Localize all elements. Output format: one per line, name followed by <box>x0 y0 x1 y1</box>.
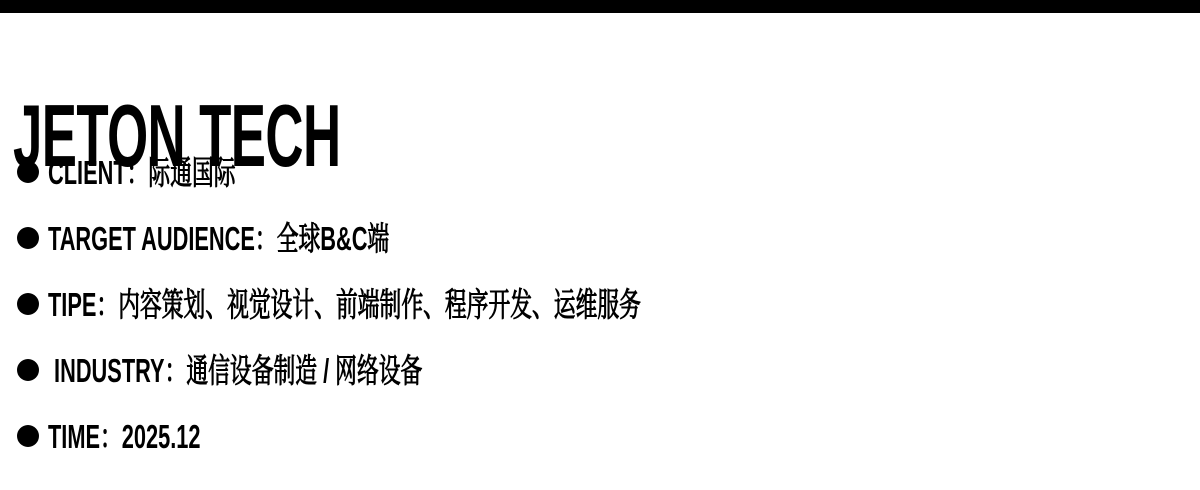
bullet-icon <box>17 359 39 381</box>
project-info-list: CLIENT：际通国际 TARGET AUDIENCE：全球B&C端 TIPE：… <box>17 139 946 469</box>
list-item-value: 2025.12 <box>122 418 201 455</box>
list-item-tipe: TIPE：内容策划、视觉设计、前端制作、程序开发、运维服务 <box>17 271 946 337</box>
list-item-label: TIME： <box>48 418 122 455</box>
list-item-industry: INDUSTRY：通信设备制造 / 网络设备 <box>17 337 946 403</box>
bullet-icon <box>17 425 39 447</box>
top-accent-bar <box>0 0 1200 13</box>
list-item-value: 际通国际 <box>148 154 235 191</box>
list-item-text: CLIENT：际通国际 <box>48 156 236 189</box>
list-item-text: TIME：2025.12 <box>48 420 201 453</box>
bullet-icon <box>17 293 39 315</box>
bullet-icon <box>17 161 39 183</box>
list-item-label: TARGET AUDIENCE： <box>48 220 277 257</box>
list-item-text: TIPE：内容策划、视觉设计、前端制作、程序开发、运维服务 <box>48 288 641 321</box>
list-item-text: INDUSTRY：通信设备制造 / 网络设备 <box>48 354 422 387</box>
list-item-label: CLIENT： <box>48 154 148 191</box>
list-item-label: TIPE： <box>48 286 118 323</box>
list-item-time: TIME：2025.12 <box>17 403 946 469</box>
list-item-value: 内容策划、视觉设计、前端制作、程序开发、运维服务 <box>118 286 641 323</box>
list-item-client: CLIENT：际通国际 <box>17 139 946 205</box>
bullet-icon <box>17 227 39 249</box>
list-item-value: 全球B&C端 <box>277 220 390 257</box>
list-item-value: 通信设备制造 / 网络设备 <box>186 352 422 389</box>
list-item-text: TARGET AUDIENCE：全球B&C端 <box>48 222 389 255</box>
list-item-target-audience: TARGET AUDIENCE：全球B&C端 <box>17 205 946 271</box>
list-item-label: INDUSTRY： <box>48 352 186 389</box>
